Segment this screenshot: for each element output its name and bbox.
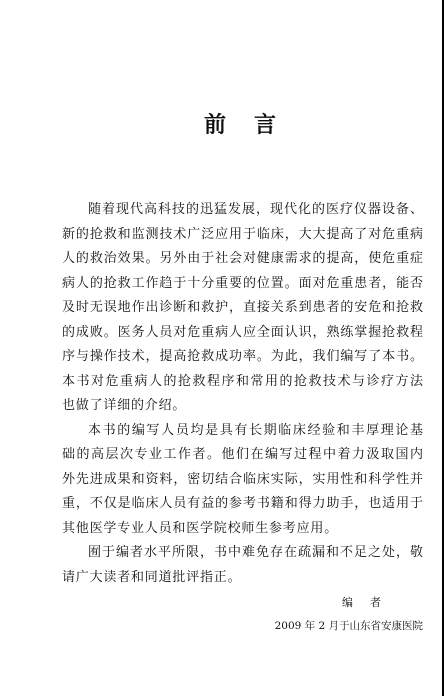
text-line: 本书对危重病人的抢救程序和常用的抢救技术与诊疗方法 [62, 370, 423, 395]
text-line: 随着现代高科技的迅猛发展，现代化的医疗仪器设备、 [62, 198, 423, 223]
text-line: 及时无误地作出诊断和救护，直接关系到患者的安危和抢救 [62, 296, 423, 321]
text-line: 囿于编者水平所限，书中难免存在疏漏和不足之处，敬 [62, 541, 423, 566]
text-line: 病人的抢救工作趋于十分重要的位置。面对危重患者，能否 [62, 272, 423, 297]
text-line: 其他医学专业人员和医学院校师生参考应用。 [62, 517, 423, 542]
text-line: 重，不仅是临床人员有益的参考书籍和得力助手，也适用于 [62, 492, 423, 517]
text-line: 请广大读者和同道批评指正。 [62, 566, 423, 591]
text-line: 新的抢救和监测技术广泛应用于临床，大大提高了对危重病 [62, 223, 423, 248]
text-line: 也做了详细的介绍。 [62, 394, 423, 419]
text-line: 人的救治效果。另外由于社会对健康需求的提高，使危重症 [62, 247, 423, 272]
page-title: 前言 [204, 112, 304, 140]
date-place: 2009 年 2 月于山东省安康医院 [275, 619, 423, 633]
document-page: 前言 随着现代高科技的迅猛发展，现代化的医疗仪器设备、 新的抢救和监测技术广泛应… [0, 0, 444, 696]
text-line: 序与操作技术，提高抢救成功率。为此，我们编写了本书。 [62, 345, 423, 370]
author-signature: 编者 [342, 595, 398, 611]
text-line: 础的高层次专业工作者。他们在编写过程中着力汲取国内 [62, 443, 423, 468]
text-line: 本书的编写人员均是具有长期临床经验和丰厚理论基 [62, 419, 423, 444]
paragraph-1: 随着现代高科技的迅猛发展，现代化的医疗仪器设备、 新的抢救和监测技术广泛应用于临… [62, 198, 423, 419]
paragraph-3: 囿于编者水平所限，书中难免存在疏漏和不足之处，敬 请广大读者和同道批评指正。 [62, 541, 423, 590]
text-line: 的成败。医务人员对危重病人应全面认识，熟练掌握抢救程 [62, 321, 423, 346]
text-line: 外先进成果和资料，密切结合临床实际，实用性和科学性并 [62, 468, 423, 493]
paragraph-2: 本书的编写人员均是具有长期临床经验和丰厚理论基 础的高层次专业工作者。他们在编写… [62, 419, 423, 542]
preface-body: 随着现代高科技的迅猛发展，现代化的医疗仪器设备、 新的抢救和监测技术广泛应用于临… [62, 198, 423, 590]
